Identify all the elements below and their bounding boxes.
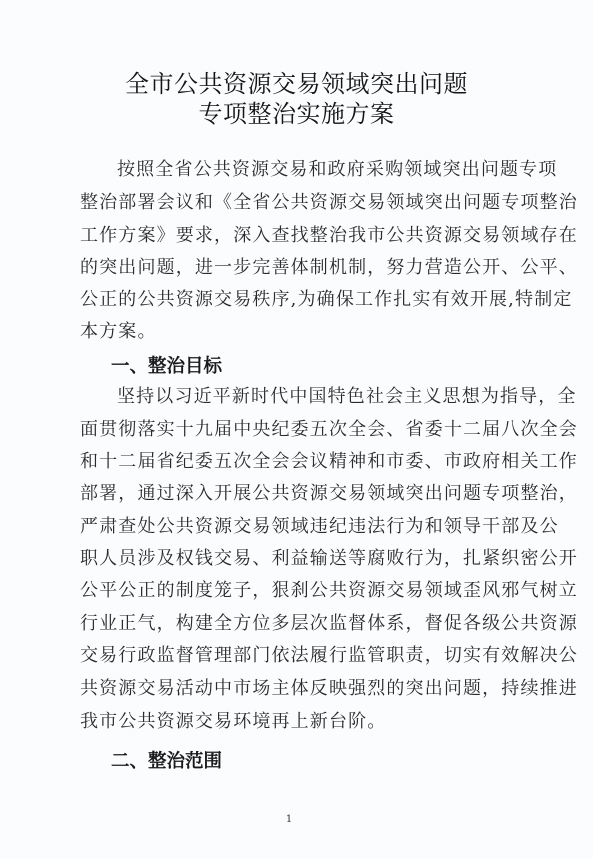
- paragraph-line: 和十二届省纪委五次全会会议精神和市委、市政府相关工作: [80, 449, 510, 475]
- section-heading-scope: 二、整治范围: [111, 749, 222, 775]
- document-title-line-2: 专项整治实施方案: [0, 100, 593, 128]
- document-page: 全市公共资源交易领域突出问题 专项整治实施方案 按照全省公共资源交易和政府采购领…: [0, 0, 593, 859]
- paragraph-line: 公正的公共资源交易秩序,为确保工作扎实有效开展,特制定: [80, 287, 510, 313]
- paragraph-line: 整治部署会议和《全省公共资源交易领域突出问题专项整治: [80, 190, 510, 216]
- paragraph-line: 共资源交易活动中市场主体反映强烈的突出问题，持续推进: [80, 676, 510, 702]
- paragraph-line: 职人员涉及权钱交易、利益输送等腐败行为，扎紧织密公开: [80, 546, 510, 572]
- paragraph-line: 交易行政监督管理部门依法履行监管职责，切实有效解决公: [80, 643, 510, 669]
- paragraph-line: 严肃查处公共资源交易领域违纪违法行为和领导干部及公: [80, 514, 510, 540]
- paragraph-line: 公平公正的制度笼子，狠刹公共资源交易领域歪风邪气树立: [80, 578, 510, 604]
- page-number: 1: [284, 813, 294, 827]
- paragraph-line: 工作方案》要求，深入查找整治我市公共资源交易领域存在: [80, 223, 510, 249]
- document-title-line-1: 全市公共资源交易领域突出问题: [0, 70, 593, 98]
- paragraph-line: 面贯彻落实十九届中央纪委五次全会、省委十二届八次全会: [80, 417, 510, 443]
- section-heading-goals: 一、整治目标: [111, 354, 222, 380]
- paragraph-line: 按照全省公共资源交易和政府采购领域突出问题专项: [117, 157, 547, 183]
- paragraph-line: 的突出问题，进一步完善体制机制，努力营造公开、公平、: [80, 255, 510, 281]
- paragraph-line: 行业正气，构建全方位多层次监督体系，督促各级公共资源: [80, 611, 510, 637]
- paragraph-line: 我市公共资源交易环境再上新台阶。: [80, 709, 510, 735]
- paragraph-line: 坚持以习近平新时代中国特色社会主义思想为指导，全: [117, 384, 547, 410]
- paragraph-line: 部署，通过深入开展公共资源交易领域突出问题专项整治，: [80, 481, 510, 507]
- paragraph-line: 本方案。: [80, 319, 510, 345]
